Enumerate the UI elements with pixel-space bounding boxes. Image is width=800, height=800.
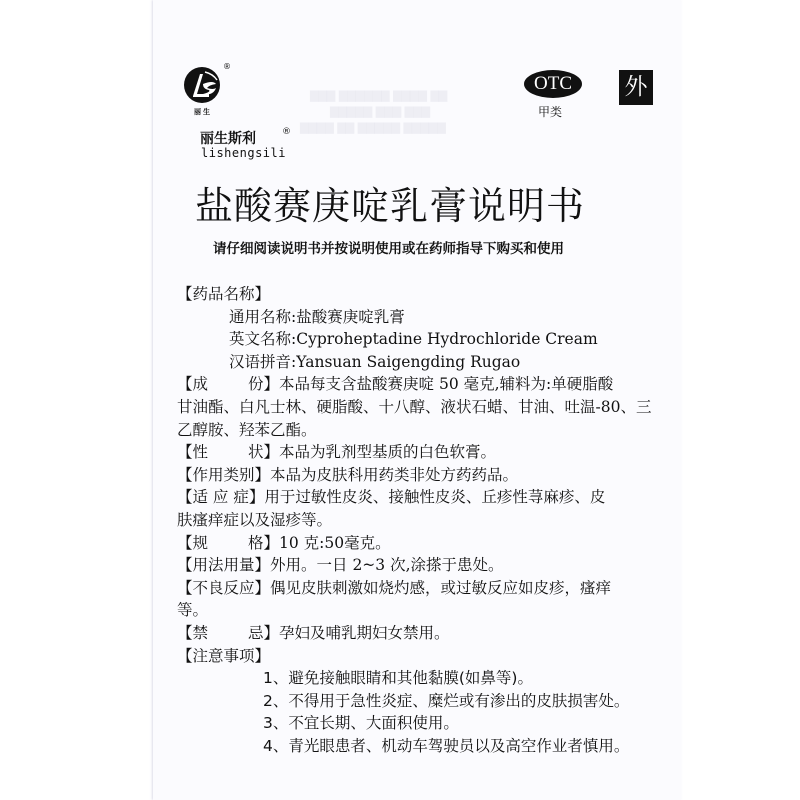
section-label-description: 【性状】: [177, 443, 279, 461]
precaution-item: 3、不宜长期、大面积使用。: [177, 712, 672, 735]
section-label-contraindications: 【禁忌】: [177, 624, 279, 642]
registered-mark: ®: [282, 127, 291, 137]
document-page: ▇▇▇ ▇▇▇▇▇▇ ▇▇▇▇ ▇▇ ▇▇▇▇▇ ▇▇▇ ▇▇▇ ▇▇▇▇ ▇▇…: [0, 0, 800, 800]
generic-name: 通用名称:盐酸赛庚啶乳膏: [177, 306, 672, 329]
adverse-reactions-text: 等。: [177, 599, 672, 622]
leaflet-body: 【药品名称】 通用名称:盐酸赛庚啶乳膏 英文名称:Cyproheptadine …: [177, 283, 672, 757]
section-category: 【作用类别】本品为皮肤科用药类非处方药药品。: [177, 464, 672, 487]
ls-swoosh-logo-icon: [183, 66, 221, 104]
section-contraindications: 【禁忌】孕妇及哺乳期妇女禁用。: [177, 622, 672, 645]
section-label-drug-name: 【药品名称】: [177, 283, 672, 306]
ingredients-text: 甘油酯、白凡士林、硬脂酸、十八醇、液状石蜡、甘油、吐温-80、三: [177, 396, 672, 419]
section-label-specification: 【规格】: [177, 534, 279, 552]
logo-caption: 丽生: [194, 107, 212, 117]
section-label-category: 【作用类别】: [177, 466, 270, 484]
bleed-through-text: ▇▇▇▇ ▇▇ ▇▇▇▇▇ ▇▇▇▇▇: [300, 120, 446, 135]
section-specification: 【规格】10 克:50毫克。: [177, 532, 672, 555]
brand-name-pinyin: lishengsili: [201, 146, 286, 160]
otc-class-label: 甲类: [538, 103, 562, 120]
ingredients-text: 乙醇胺、羟苯乙酯。: [177, 419, 672, 442]
precaution-item: 1、避免接触眼睛和其他黏膜(如鼻等)。: [177, 667, 672, 690]
registered-mark: ®: [223, 62, 231, 71]
category-text: 本品为皮肤科用药类非处方药药品。: [270, 466, 518, 484]
dosage-text: 外用。一日 2~3 次,涂搽于患处。: [270, 556, 504, 574]
indications-text: 肤瘙痒症以及湿疹等。: [177, 509, 672, 532]
section-ingredients: 【成份】本品每支含盐酸赛庚啶 50 毫克,辅料为:单硬脂酸: [177, 373, 672, 396]
section-dosage: 【用法用量】外用。一日 2~3 次,涂搽于患处。: [177, 554, 672, 577]
bleed-through-text: ▇▇▇▇▇ ▇▇▇ ▇▇▇: [330, 104, 430, 119]
section-description: 【性状】本品为乳剂型基质的白色软膏。: [177, 441, 672, 464]
pinyin-name: 汉语拼音:Yansuan Saigengding Rugao: [177, 351, 672, 374]
section-label-indications: 【适 应 症】: [177, 488, 264, 506]
section-label-dosage: 【用法用量】: [177, 556, 270, 574]
adverse-reactions-text: 偶见皮肤刺激如烧灼感，或过敏反应如皮疹，瘙痒: [270, 579, 611, 597]
document-title: 盐酸赛庚啶乳膏说明书: [195, 183, 655, 229]
brand-name-chinese: 丽生斯利: [200, 128, 256, 148]
section-label-precautions: 【注意事项】: [177, 645, 672, 668]
section-label-adverse-reactions: 【不良反应】: [177, 579, 270, 597]
specification-text: 10 克:50毫克。: [279, 534, 391, 552]
section-indications: 【适 应 症】用于过敏性皮炎、接触性皮炎、丘疹性荨麻疹、皮: [177, 486, 672, 509]
section-adverse-reactions: 【不良反应】偶见皮肤刺激如烧灼感，或过敏反应如皮疹，瘙痒: [177, 577, 672, 600]
bleed-through-text: ▇▇▇ ▇▇▇▇▇▇ ▇▇▇▇ ▇▇: [310, 88, 447, 103]
indications-text: 用于过敏性皮炎、接触性皮炎、丘疹性荨麻疹、皮: [264, 488, 605, 506]
description-text: 本品为乳剂型基质的白色软膏。: [279, 443, 496, 461]
precaution-item: 4、青光眼患者、机动车驾驶员以及高空作业者慎用。: [177, 735, 672, 758]
otc-badge: OTC: [524, 70, 582, 98]
ingredients-text: 本品每支含盐酸赛庚啶 50 毫克,辅料为:单硬脂酸: [279, 375, 613, 393]
external-use-badge: 外: [619, 70, 653, 105]
english-name: 英文名称:Cyproheptadine Hydrochloride Cream: [177, 328, 672, 351]
section-label-ingredients: 【成份】: [177, 375, 279, 393]
precaution-item: 2、不得用于急性炎症、糜烂或有渗出的皮肤损害处。: [177, 690, 672, 713]
document-subtitle: 请仔细阅读说明书并按说明使用或在药师指导下购买和使用: [213, 237, 564, 257]
contraindications-text: 孕妇及哺乳期妇女禁用。: [279, 624, 450, 642]
